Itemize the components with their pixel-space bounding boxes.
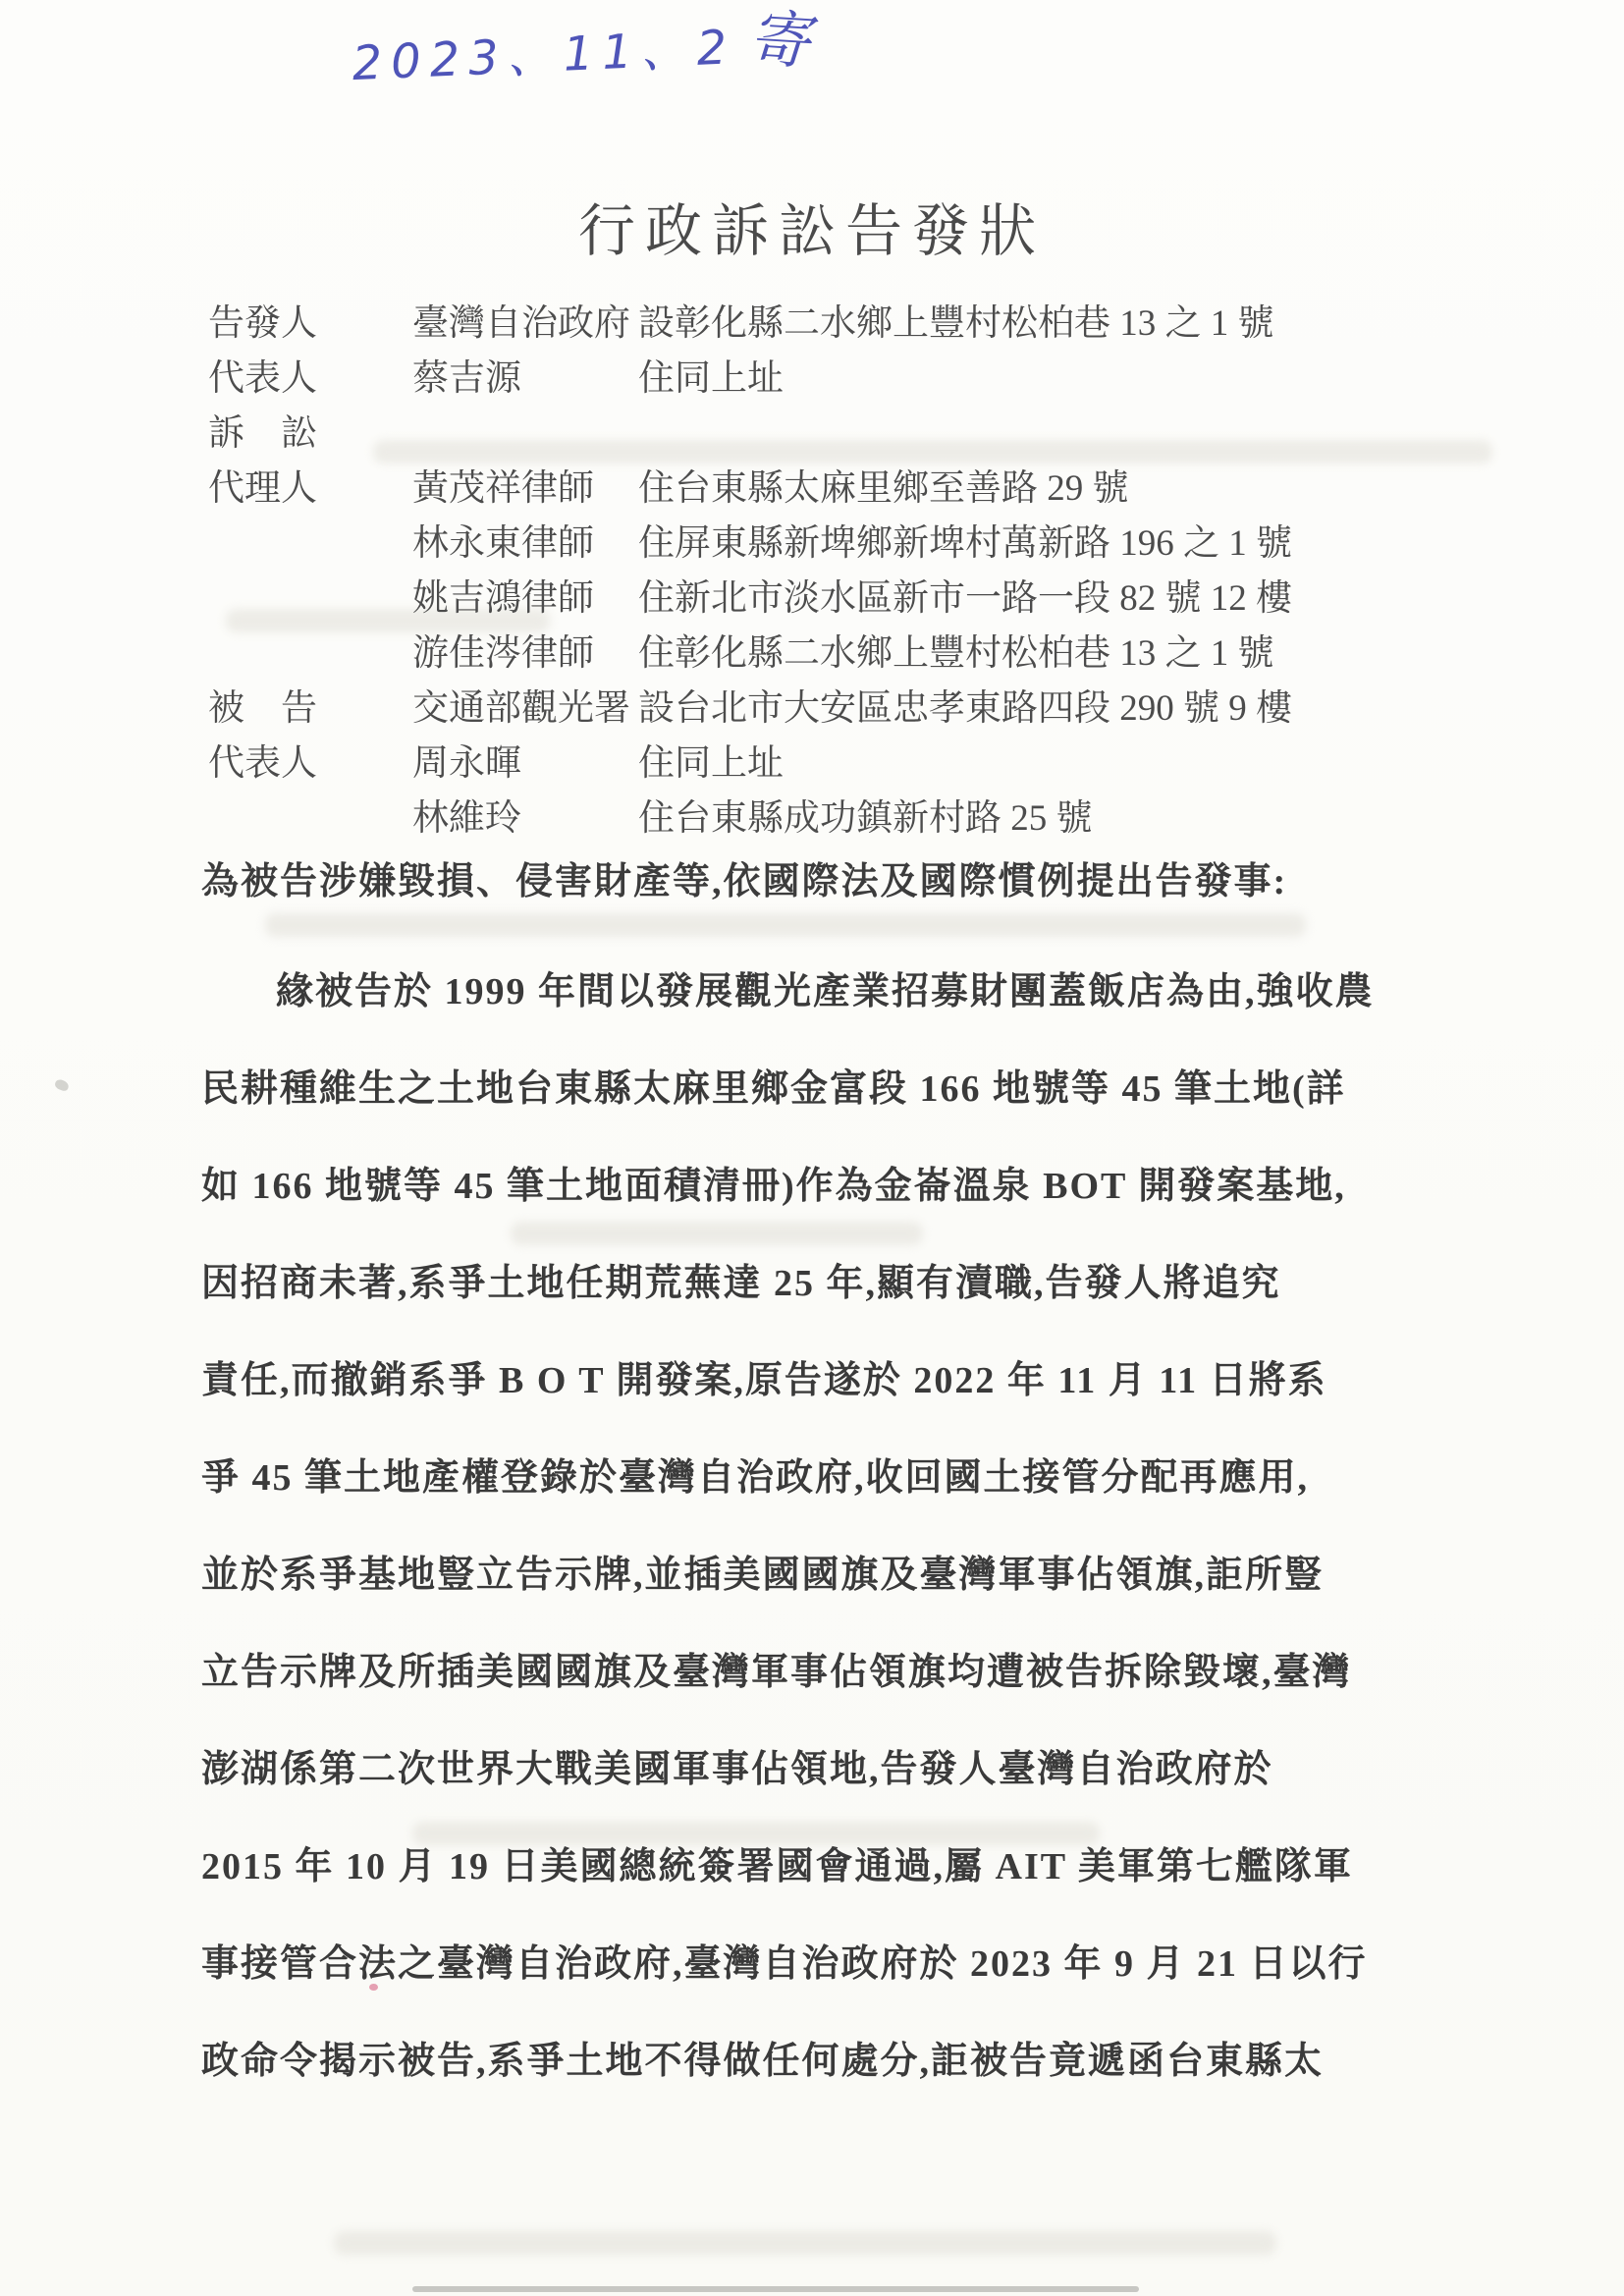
party-row: 代理人 黃茂祥律師 住台東縣太麻里鄉至善路 29 號 (0, 458, 1624, 511)
party-name: 交通部觀光署 (412, 678, 630, 731)
party-role-label: 代理人 (208, 458, 317, 511)
body-text-line: 責任,而撤銷系爭 B O T 開發案,原告遂於 2022 年 11 月 11 日… (201, 1349, 1409, 1403)
party-name: 林維玲 (412, 788, 521, 841)
party-address: 住彰化縣二水鄉上豐村松柏巷 13 之 1 號 (638, 623, 1274, 676)
party-address: 住同上址 (638, 348, 784, 401)
body-text-line: 民耕種維生之土地台東縣太麻里鄉金富段 166 地號等 45 筆土地(詳 (201, 1058, 1409, 1112)
party-row: 林永東律師 住屏東縣新埤鄉新埤村萬新路 196 之 1 號 (0, 513, 1624, 566)
party-row: 被 告 交通部觀光署 設台北市大安區忠孝東路四段 290 號 9 樓 (0, 678, 1624, 731)
party-name: 林永東律師 (412, 513, 594, 566)
party-address: 住台東縣太麻里鄉至善路 29 號 (638, 458, 1129, 511)
body-text-line: 緣被告於 1999 年間以發展觀光產業招募財團蓋飯店為由,強收農 (201, 960, 1409, 1014)
party-role-label: 代表人 (208, 733, 317, 786)
party-address: 住同上址 (638, 733, 784, 786)
body-text-line: 澎湖係第二次世界大戰美國軍事佔領地,告發人臺灣自治政府於 (201, 1738, 1409, 1792)
body-text-line: 政命令揭示被告,系爭土地不得做任何處分,詎被告竟遞函台東縣太 (201, 2030, 1409, 2084)
party-row: 游佳涔律師 住彰化縣二水鄉上豐村松柏巷 13 之 1 號 (0, 623, 1624, 676)
party-name: 周永暉 (412, 733, 521, 786)
party-name: 游佳涔律師 (412, 623, 594, 676)
party-row: 訴 訟 (0, 403, 1624, 456)
document-title: 行政訴訟告發狀 (0, 185, 1624, 267)
party-row: 姚吉鴻律師 住新北市淡水區新市一路一段 82 號 12 樓 (0, 568, 1624, 621)
body-text-line: 立告示牌及所插美國國旗及臺灣軍事佔領旗均遭被告拆除毀壞,臺灣 (201, 1641, 1409, 1695)
party-role-label: 被 告 (208, 678, 317, 731)
body-text-line: 並於系爭基地豎立告示牌,並插美國國旗及臺灣軍事佔領旗,詎所豎 (201, 1544, 1409, 1598)
party-address: 設彰化縣二水鄉上豐村松柏巷 13 之 1 號 (638, 293, 1274, 346)
body-text-line: 如 166 地號等 45 筆土地面積清冊)作為金崙溫泉 BOT 開發案基地, (201, 1155, 1409, 1209)
party-name: 姚吉鴻律師 (412, 568, 594, 621)
party-name: 臺灣自治政府 (412, 293, 630, 346)
handwritten-mailing-annotation: 2023、11、2寄 (350, 0, 811, 97)
party-name: 蔡吉源 (412, 348, 521, 401)
body-text-line: 爭 45 筆土地產權登錄於臺灣自治政府,收回國土接管分配再應用, (201, 1447, 1409, 1501)
body-text-line: 事接管合法之臺灣自治政府,臺灣自治政府於 2023 年 9 月 21 日以行 (201, 1933, 1409, 1987)
complaint-intro-line: 為被告涉嫌毀損、侵害財產等,依國際法及國際慣例提出告發事: (201, 850, 1438, 904)
handwritten-sent-mark: 寄 (746, 0, 812, 81)
scan-ghost (265, 913, 1306, 937)
party-row: 代表人 周永暉 住同上址 (0, 733, 1624, 786)
party-name: 黃茂祥律師 (412, 458, 594, 511)
party-address: 設台北市大安區忠孝東路四段 290 號 9 樓 (638, 678, 1292, 731)
party-address: 住屏東縣新埤鄉新埤村萬新路 196 之 1 號 (638, 513, 1292, 566)
scan-ghost (511, 1222, 923, 1245)
party-row: 告發人 臺灣自治政府 設彰化縣二水鄉上豐村松柏巷 13 之 1 號 (0, 293, 1624, 346)
scan-ghost (334, 2231, 1276, 2255)
party-row: 代表人 蔡吉源 住同上址 (0, 348, 1624, 401)
handwritten-date: 2023、11、2 (351, 20, 736, 91)
body-text-line: 因招商未著,系爭土地任期荒蕪達 25 年,顯有瀆職,告發人將追究 (201, 1252, 1409, 1306)
body-text-line: 2015 年 10 月 19 日美國總統簽署國會通過,屬 AIT 美軍第七艦隊軍 (201, 1835, 1409, 1889)
scan-speck (369, 1984, 378, 1991)
party-role-label: 告發人 (208, 293, 317, 346)
party-role-label: 代表人 (208, 348, 317, 401)
party-role-label: 訴 訟 (208, 403, 317, 456)
party-address: 住台東縣成功鎮新村路 25 號 (638, 788, 1093, 841)
scan-speck (54, 1078, 71, 1092)
party-row: 林維玲 住台東縣成功鎮新村路 25 號 (0, 788, 1624, 841)
scanner-edge-shadow (412, 2286, 1139, 2292)
scanned-document-page: 2023、11、2寄 行政訴訟告發狀 告發人 臺灣自治政府 設彰化縣二水鄉上豐村… (0, 0, 1624, 2296)
party-address: 住新北市淡水區新市一路一段 82 號 12 樓 (638, 568, 1292, 621)
